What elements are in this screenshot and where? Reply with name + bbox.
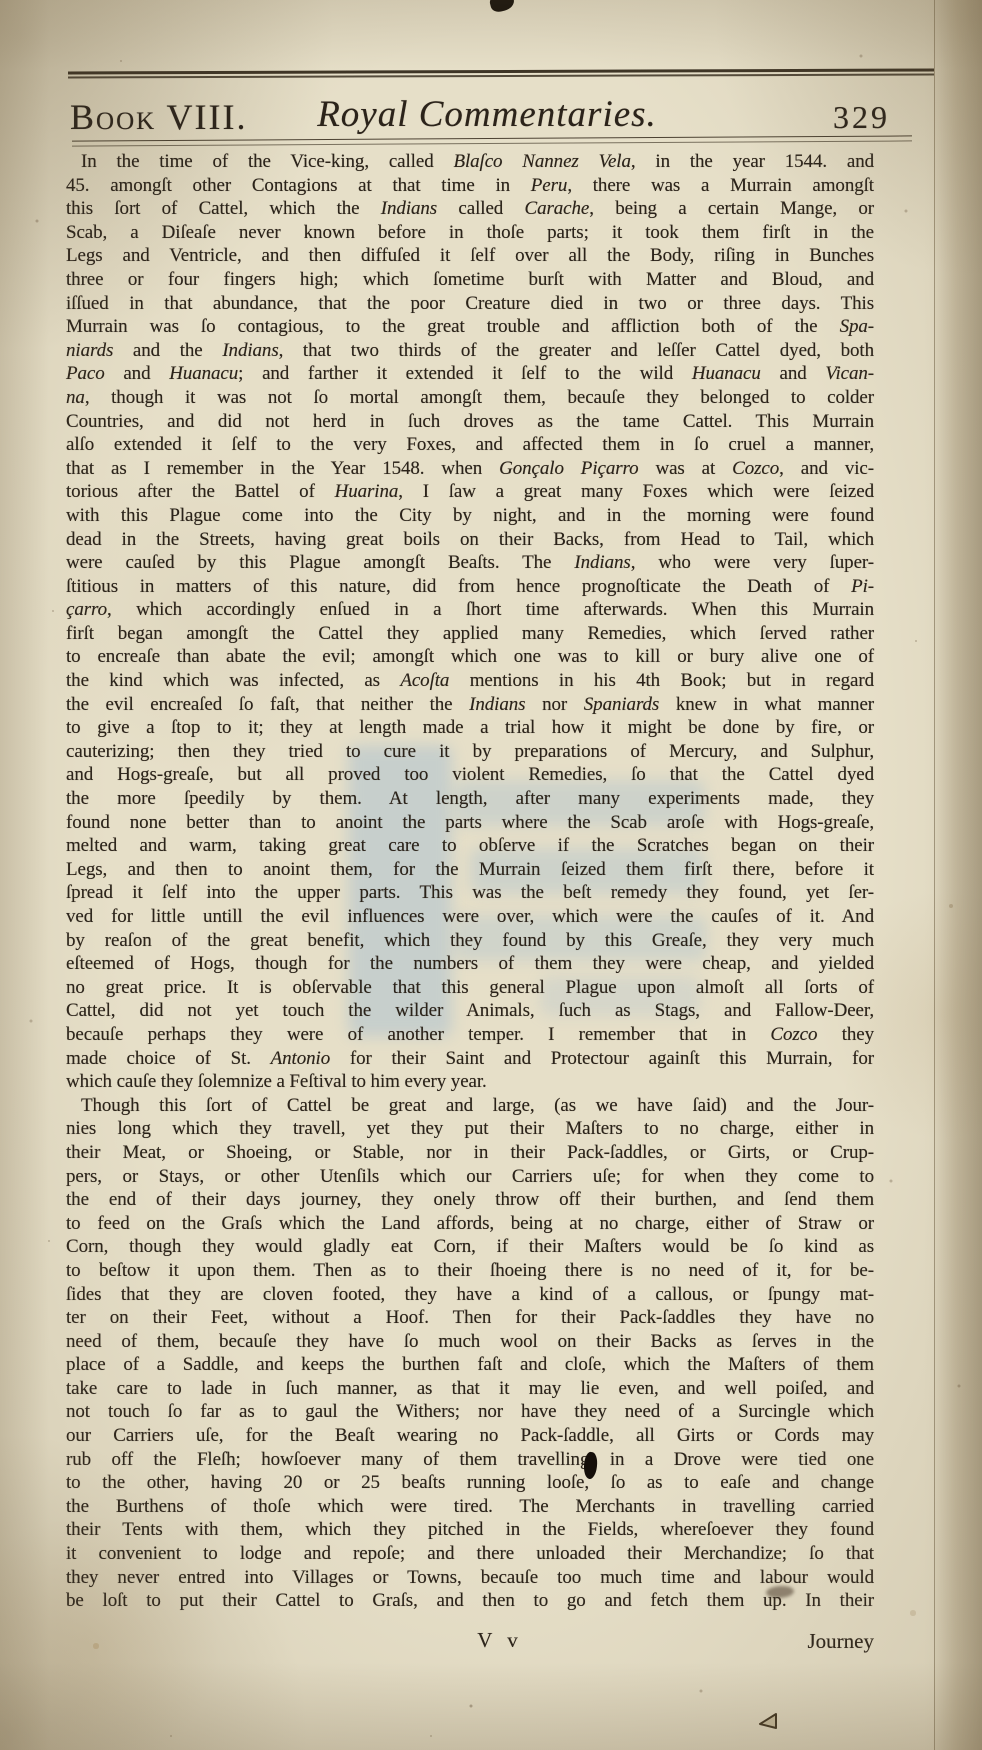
roman-text: and Hogs-greaſe, but all proved too viol… (66, 764, 874, 785)
roman-text: with this Plague come into the City by n… (66, 505, 874, 526)
text-line: that as I remember in the Year 1548. whe… (66, 457, 874, 481)
text-line: with this Plague come into the City by n… (66, 504, 874, 528)
roman-text: for their Saint and Protectour againſt t… (330, 1048, 874, 1069)
rule-line (68, 73, 934, 78)
roman-text: no great price. It is obſervable that th… (66, 977, 874, 998)
roman-text: it convenient to lodge and repoſe; and t… (66, 1543, 874, 1564)
text-line: the evil encreaſed ſo faſt, that neither… (66, 693, 874, 717)
text-line: take care to lade in ſuch manner, as tha… (66, 1377, 874, 1401)
roman-text: Cattel, did not yet touch the wilder Ani… (66, 1000, 874, 1021)
text-line: this ſort of Cattel, which the Indians c… (66, 197, 874, 221)
roman-text: and (761, 363, 826, 384)
paragraph: Though this ſort of Cattel be great and … (66, 1094, 874, 1613)
roman-text: to beſtow it upon them. Then as to their… (66, 1260, 874, 1281)
text-line: cauterizing; then they tried to cure it … (66, 740, 874, 764)
text-line: ter on their Feet, without a Hoof. Then … (66, 1306, 874, 1330)
roman-text: torious after the Battel of (66, 481, 335, 502)
roman-text: , which accordingly enſued in a ſhort ti… (107, 599, 874, 620)
text-line: Paco and Huanacu; and farther it extende… (66, 362, 874, 386)
text-line: melted and warm, taking great care to ob… (66, 834, 874, 858)
triangle-mark (756, 1711, 780, 1731)
text-line: pers, or Stays, or other Utenſils which … (66, 1165, 874, 1189)
catchword: Journey (808, 1629, 875, 1654)
roman-text: were cauſed by this Plague amongſt Beaſt… (66, 552, 574, 573)
roman-text: made choice of St. (66, 1048, 271, 1069)
italic-text: Huarina (335, 481, 399, 502)
text-line: were cauſed by this Plague amongſt Beaſt… (66, 551, 874, 575)
text-line: the end of their days journey, they onel… (66, 1188, 874, 1212)
header-rule-top (68, 68, 934, 78)
text-line: Countries, and did not herd in ſuch drov… (66, 410, 874, 434)
text-line: torious after the Battel of Huarina, I ſ… (66, 480, 874, 504)
text-line: Though this ſort of Cattel be great and … (66, 1094, 874, 1118)
book-page-scan: Book VIII. Royal Commentaries. 329 In th… (0, 0, 982, 1750)
body-text: In the time of the Vice-king, called Bla… (66, 150, 874, 1613)
text-line: Corn, though they would gladly eat Corn,… (66, 1235, 874, 1259)
italic-text: Spaniards (584, 694, 659, 715)
italic-text: Spa- (840, 316, 874, 337)
text-line: iſſued in that abundance, that the poor … (66, 292, 874, 316)
roman-text: the Burthens of thoſe which were tired. … (66, 1496, 874, 1517)
text-line: their Tents with them, which they pitche… (66, 1518, 874, 1542)
roman-text: the kind which was infected, as (66, 670, 400, 691)
page-edge (934, 0, 982, 1750)
text-line: no great price. It is obſervable that th… (66, 976, 874, 1000)
italic-text: Indians (222, 340, 278, 361)
paragraph: In the time of the Vice-king, called Bla… (66, 150, 874, 1094)
text-line: to give a ſtop to it; they at length mad… (66, 716, 874, 740)
text-line: Scab, a Diſeaſe never known before in th… (66, 221, 874, 245)
roman-text: , I ſaw a great many Foxes which were ſe… (398, 481, 874, 502)
text-line: to the other, having 20 or 25 beaſts run… (66, 1471, 874, 1495)
text-line: Legs, and then to anoint them, for the M… (66, 858, 874, 882)
text-line: our Carriers uſe, for the Beaſt wearing … (66, 1424, 874, 1448)
roman-text: need of them, becauſe they have ſo much … (66, 1331, 874, 1352)
roman-text: to give a ſtop to it; they at length mad… (66, 717, 874, 738)
roman-text: Corn, though they would gladly eat Corn,… (66, 1236, 874, 1257)
italic-text: Cozco (732, 458, 779, 479)
text-line: ſides that they are cloven footed, they … (66, 1283, 874, 1307)
roman-text: , though it was not ſo mortal amongſt th… (85, 387, 874, 408)
ink-blot-top (488, 0, 516, 14)
roman-text: Though this ſort of Cattel be great and … (81, 1095, 874, 1116)
roman-text: mentions in his 4th Book; but in regard (449, 670, 874, 691)
roman-text: , being a certain Mange, or (589, 198, 874, 219)
italic-text: Carache (525, 198, 590, 219)
text-line: to encreaſe than abate the evil; amongſt… (66, 645, 874, 669)
roman-text: to feed on the Graſs which the Land affo… (66, 1213, 874, 1234)
text-line: eſteemed of Hogs, though for the numbers… (66, 952, 874, 976)
text-line: In the time of the Vice-king, called Bla… (66, 150, 874, 174)
text-line: not touch ſo far as to gaul the Withers;… (66, 1400, 874, 1424)
roman-text: found none better than to anoint the par… (66, 812, 874, 833)
roman-text: alſo extended it ſelf to the very Foxes,… (66, 434, 874, 455)
roman-text: eſteemed of Hogs, though for the numbers… (66, 953, 874, 974)
roman-text: to the other, having 20 or 25 beaſts run… (66, 1472, 874, 1493)
roman-text: nies long which they travell, yet they p… (66, 1118, 874, 1139)
italic-text: Peru (531, 175, 568, 196)
roman-text: melted and warm, taking great care to ob… (66, 835, 874, 856)
roman-text: becauſe perhaps they were of another tem… (66, 1024, 770, 1045)
text-line: becauſe perhaps they were of another tem… (66, 1023, 874, 1047)
roman-text: the end of their days journey, they onel… (66, 1189, 874, 1210)
roman-text: and the (113, 340, 222, 361)
roman-text: three or four fingers high; which ſometi… (66, 269, 874, 290)
roman-text: not touch ſo far as to gaul the Withers;… (66, 1401, 874, 1422)
roman-text: they never entred into Villages or Towns… (66, 1567, 874, 1588)
roman-text: 45. amongſt other Contagions at that tim… (66, 175, 531, 196)
roman-text: dead in the Streets, having great boils … (66, 529, 874, 550)
italic-text: Vican- (825, 363, 874, 384)
text-line: be loſt to put their Cattel to Graſs, an… (66, 1589, 874, 1613)
roman-text: firſt began amongſt the Cattel they appl… (66, 623, 874, 644)
roman-text: their Meat, or Shoeing, or Stable, nor i… (66, 1142, 874, 1163)
rule-line (72, 140, 912, 146)
italic-text: Indians (469, 694, 525, 715)
roman-text: Legs and Ventricle, and then diffuſed it… (66, 245, 874, 266)
italic-text: Antonio (271, 1048, 330, 1069)
italic-text: çarro (66, 599, 107, 620)
footer-line: V v Journey (66, 1628, 874, 1656)
text-line: Cattel, did not yet touch the wilder Ani… (66, 999, 874, 1023)
roman-text: ; and farther it extended it ſelf to the… (238, 363, 692, 384)
roman-text: ved for little untill the evil influence… (66, 906, 874, 927)
text-line: nies long which they travell, yet they p… (66, 1117, 874, 1141)
text-line: to feed on the Graſs which the Land affo… (66, 1212, 874, 1236)
italic-text: Acoſta (400, 670, 449, 691)
roman-text: iſſued in that abundance, that the poor … (66, 293, 874, 314)
roman-text: , there was a Murrain amongſt (567, 175, 874, 196)
text-line: Legs and Ventricle, and then diffuſed it… (66, 244, 874, 268)
text-line: to beſtow it upon them. Then as to their… (66, 1259, 874, 1283)
italic-text: Cozco (770, 1024, 817, 1045)
text-line: by reaſon of the great benefit, which th… (66, 929, 874, 953)
page-number: 329 (833, 99, 890, 136)
paper-speckles (0, 0, 2, 2)
roman-text: this ſort of Cattel, which the (66, 198, 381, 219)
roman-text: Scab, a Diſeaſe never known before in th… (66, 222, 874, 243)
italic-text: Huanacu (692, 363, 761, 384)
roman-text: be loſt to put their Cattel to Graſs, an… (66, 1590, 874, 1611)
italic-text: Blaſco Nannez Vela (453, 151, 630, 172)
roman-text: knew in what manner (659, 694, 874, 715)
roman-text: rub off the Fleſh; howſoever many of the… (66, 1449, 874, 1470)
roman-text: cauterizing; then they tried to cure it … (66, 741, 874, 762)
text-line: ſtitious in matters of this nature, did … (66, 575, 874, 599)
roman-text: ſides that they are cloven footed, they … (66, 1284, 874, 1305)
roman-text: ter on their Feet, without a Hoof. Then … (66, 1307, 874, 1328)
text-line: which cauſe they ſolemnize a Feſtival to… (66, 1070, 874, 1094)
text-line: ved for little untill the evil influence… (66, 905, 874, 929)
text-line: found none better than to anoint the par… (66, 811, 874, 835)
roman-text: their Tents with them, which they pitche… (66, 1519, 874, 1540)
roman-text: , and vic- (779, 458, 874, 479)
text-line: the more ſpeedily by them. At length, af… (66, 787, 874, 811)
roman-text: Countries, and did not herd in ſuch drov… (66, 411, 874, 432)
roman-text: , that two thirds of the greater and leſ… (279, 340, 874, 361)
italic-text: Paco (66, 363, 105, 384)
roman-text: In the time of the Vice-king, called (81, 151, 453, 172)
text-line: rub off the Fleſh; howſoever many of the… (66, 1448, 874, 1472)
italic-text: na (66, 387, 85, 408)
signature-mark: V v (477, 1628, 523, 1653)
text-line: Murrain was ſo contagious, to the great … (66, 315, 874, 339)
roman-text: Murrain was ſo contagious, to the great … (66, 316, 840, 337)
italic-text: Indians (381, 198, 437, 219)
roman-text: which cauſe they ſolemnize a Feſtival to… (66, 1071, 487, 1092)
roman-text: nor (525, 694, 583, 715)
page-title: Royal Commentaries. (66, 93, 874, 136)
italic-text: Huanacu (169, 363, 238, 384)
roman-text: was at (639, 458, 733, 479)
text-line: it convenient to lodge and repoſe; and t… (66, 1542, 874, 1566)
roman-text: they (817, 1024, 874, 1045)
roman-text: that as I remember in the Year 1548. whe… (66, 458, 499, 479)
text-line: three or four fingers high; which ſometi… (66, 268, 874, 292)
text-line: their Meat, or Shoeing, or Stable, nor i… (66, 1141, 874, 1165)
text-line: they never entred into Villages or Towns… (66, 1566, 874, 1590)
italic-text: Indians (574, 552, 630, 573)
roman-text: place of a Saddle, and keeps the burthen… (66, 1354, 874, 1375)
roman-text: called (437, 198, 524, 219)
roman-text: Legs, and then to anoint them, for the M… (66, 859, 874, 880)
roman-text: and (105, 363, 170, 384)
text-line: and Hogs-greaſe, but all proved too viol… (66, 763, 874, 787)
text-line: firſt began amongſt the Cattel they appl… (66, 622, 874, 646)
italic-text: niards (66, 340, 113, 361)
text-line: niards and the Indians, that two thirds … (66, 339, 874, 363)
roman-text: ſpread it ſelf into the upper parts. Thi… (66, 882, 874, 903)
roman-text: ſtitious in matters of this nature, did … (66, 576, 851, 597)
text-line: dead in the Streets, having great boils … (66, 528, 874, 552)
text-line: alſo extended it ſelf to the very Foxes,… (66, 433, 874, 457)
text-line: the Burthens of thoſe which were tired. … (66, 1495, 874, 1519)
text-line: çarro, which accordingly enſued in a ſho… (66, 598, 874, 622)
text-line: na, though it was not ſo mortal amongſt … (66, 386, 874, 410)
roman-text: take care to lade in ſuch manner, as tha… (66, 1378, 874, 1399)
text-line: place of a Saddle, and keeps the burthen… (66, 1353, 874, 1377)
roman-text: pers, or Stays, or other Utenſils which … (66, 1166, 874, 1187)
text-line: ſpread it ſelf into the upper parts. Thi… (66, 881, 874, 905)
roman-text: the evil encreaſed ſo faſt, that neither… (66, 694, 469, 715)
text-line: 45. amongſt other Contagions at that tim… (66, 174, 874, 198)
text-line: need of them, becauſe they have ſo much … (66, 1330, 874, 1354)
italic-text: Pi- (851, 576, 874, 597)
roman-text: , in the year 1544. and (631, 151, 874, 172)
roman-text: to encreaſe than abate the evil; amongſt… (66, 646, 874, 667)
roman-text: our Carriers uſe, for the Beaſt wearing … (66, 1425, 874, 1446)
text-line: made choice of St. Antonio for their Sai… (66, 1047, 874, 1071)
roman-text: the more ſpeedily by them. At length, af… (66, 788, 874, 809)
italic-text: Gonçalo Piçarro (499, 458, 638, 479)
roman-text: , who were very ſuper- (631, 552, 874, 573)
roman-text: by reaſon of the great benefit, which th… (66, 930, 874, 951)
text-line: the kind which was infected, as Acoſta m… (66, 669, 874, 693)
